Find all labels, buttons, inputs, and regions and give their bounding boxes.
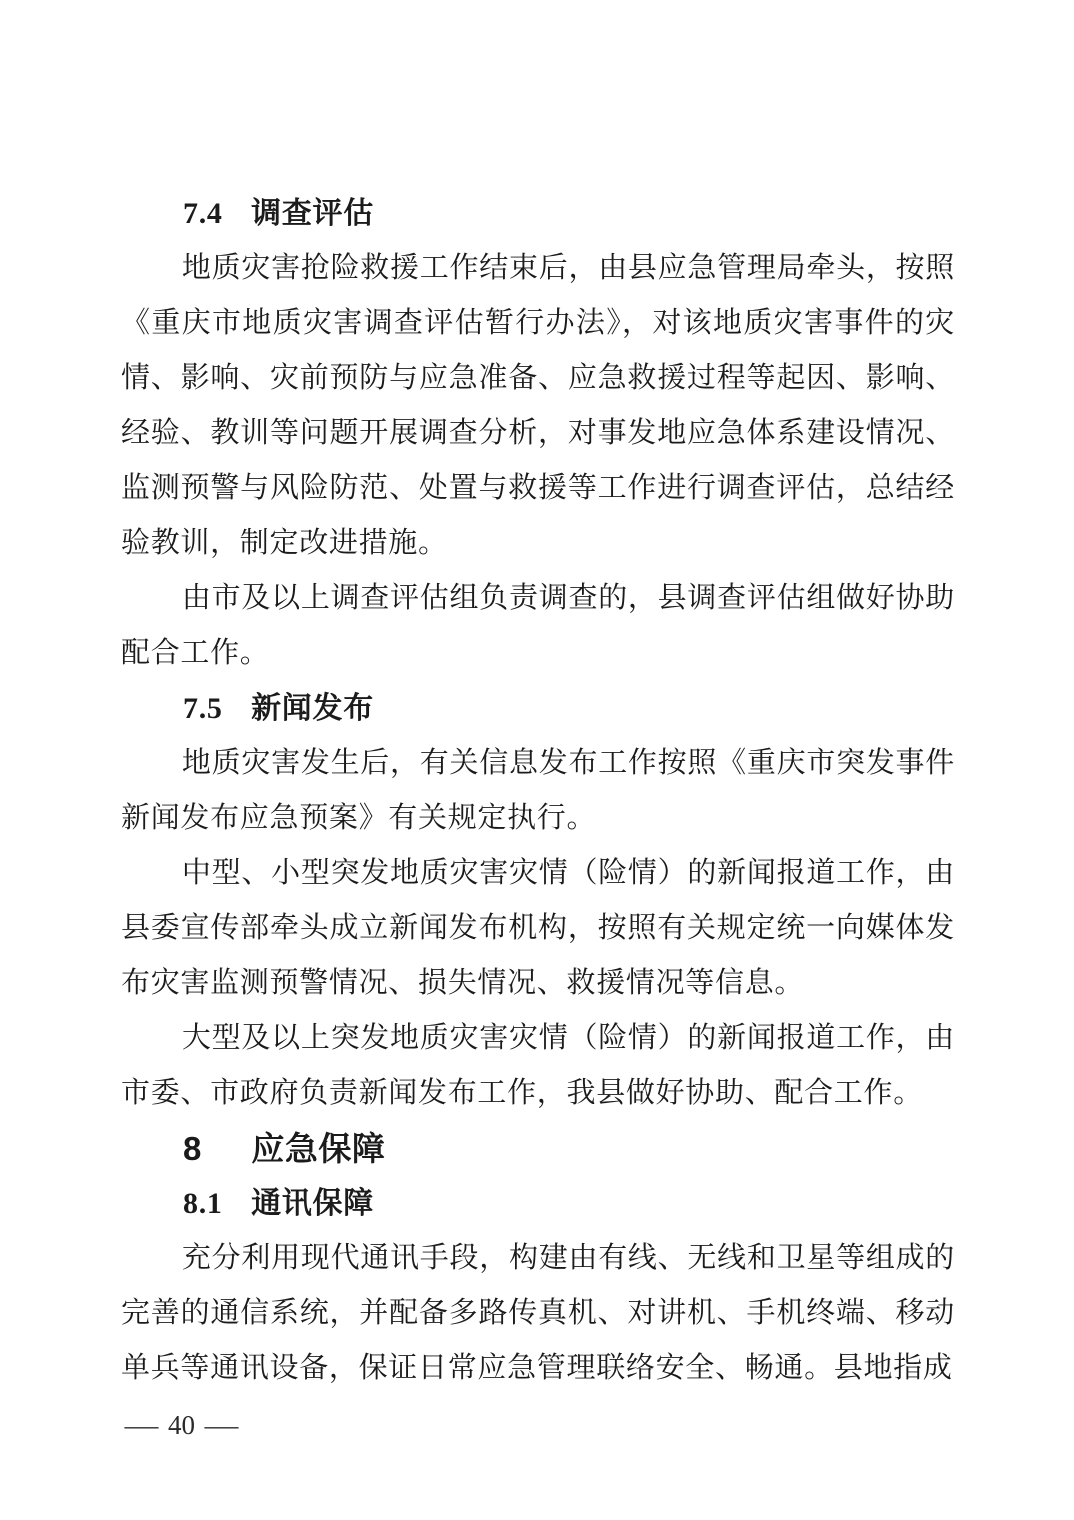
paragraph: 由市及以上调查评估组负责调查的，县调查评估组做好协助配合工作。 (121, 571, 955, 681)
footer-dash-left: — (125, 1403, 159, 1447)
heading-number: 7.4 (183, 197, 223, 230)
paragraph: 地质灾害抢险救援工作结束后，由县应急管理局牵头，按照《重庆市地质灾害调查评估暂行… (121, 241, 955, 571)
paragraph: 中型、小型突发地质灾害灾情（险情）的新闻报道工作，由县委宣传部牵头成立新闻发布机… (121, 846, 955, 1011)
paragraph: 充分利用现代通讯手段，构建由有线、无线和卫星等组成的完善的通信系统，并配备多路传… (121, 1231, 955, 1396)
heading-8-1: 8.1通讯保障 (121, 1176, 955, 1231)
heading-7-5: 7.5新闻发布 (121, 681, 955, 736)
page-number: 40 (168, 1403, 195, 1447)
heading-7-4: 7.4调查评估 (121, 186, 955, 241)
document-content: 7.4调查评估地质灾害抢险救援工作结束后，由县应急管理局牵头，按照《重庆市地质灾… (121, 186, 955, 1396)
heading-title: 新闻发布 (251, 692, 374, 725)
heading-title: 应急保障 (251, 1130, 385, 1167)
heading-8: 8应急保障 (121, 1121, 955, 1176)
heading-title: 通讯保障 (251, 1187, 374, 1220)
heading-number: 8 (183, 1130, 202, 1167)
heading-number: 8.1 (183, 1187, 223, 1220)
paragraph: 大型及以上突发地质灾害灾情（险情）的新闻报道工作，由市委、市政府负责新闻发布工作… (121, 1011, 955, 1121)
footer-dash-right: — (205, 1403, 239, 1447)
heading-title: 调查评估 (251, 197, 374, 230)
paragraph: 地质灾害发生后，有关信息发布工作按照《重庆市突发事件新闻发布应急预案》有关规定执… (121, 736, 955, 846)
heading-number: 7.5 (183, 692, 223, 725)
document-page: 7.4调查评估地质灾害抢险救援工作结束后，由县应急管理局牵头，按照《重庆市地质灾… (0, 0, 1074, 1520)
page-footer: — 40 — (128, 1403, 235, 1447)
